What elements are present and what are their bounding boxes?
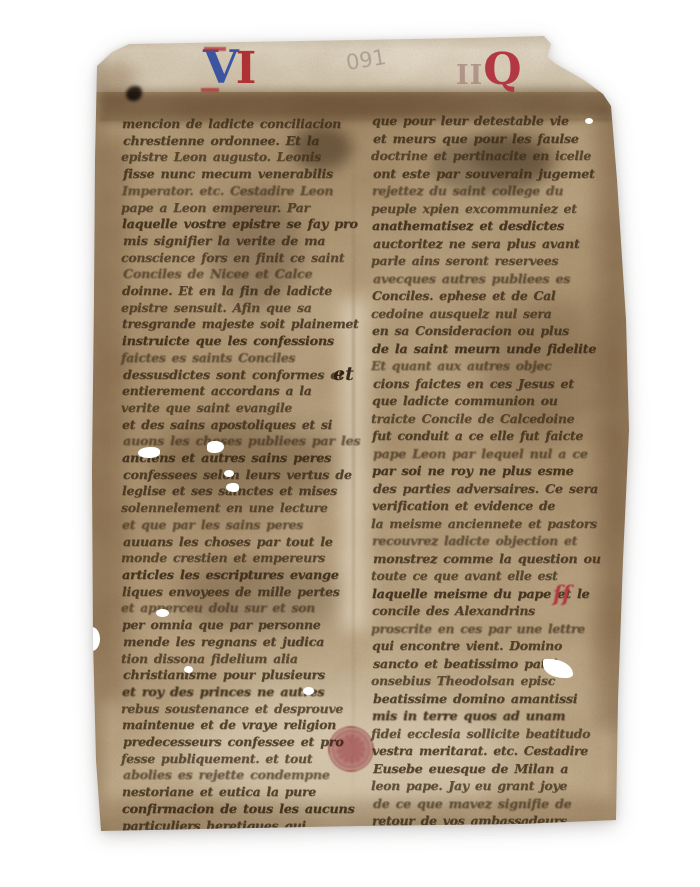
manuscript-text-line: conscience fors en finit ce saint — [121, 250, 351, 267]
red-serif-bar — [204, 47, 226, 51]
manuscript-text-line: la meisme anciennete et pastors — [371, 515, 617, 533]
manuscript-text-line: faictes es saints Conciles — [121, 350, 351, 367]
manuscript-text-line: sancto et beatissimo patri — [373, 655, 624, 673]
numeral-i: I — [236, 43, 254, 94]
parchment-hole — [184, 666, 193, 673]
manuscript-text-line: leon pape. Jay eu grant joye — [371, 777, 617, 795]
manuscript-text-line: auuans les choses par tout le — [123, 534, 358, 551]
manuscript-text-line: mis signifier la verite de ma — [123, 233, 358, 250]
manuscript-text-line: Et quant aux autres objec — [371, 357, 617, 375]
manuscript-text-line: envoiez en orient et quilz ont — [372, 830, 625, 848]
text-column-left: mencion de ladicte conciliacionchrestien… — [122, 116, 352, 834]
manuscript-text-line: fisse nunc mecum venerabilis — [123, 166, 358, 183]
manuscript-text-line: tresgrande majeste soit plainemet — [122, 316, 352, 333]
manuscript-text-line: fut conduit a ce elle fut faicte — [372, 427, 618, 445]
manuscript-text-line: des parties adversaires. Ce sera — [373, 480, 624, 498]
folio-numeral-right: IIQ — [456, 44, 521, 95]
manuscript-text-line: pape a Leon empereur. Par — [121, 200, 351, 217]
manuscript-text-line: Eusebe euesque de Milan a — [373, 760, 624, 778]
parchment-page: VI 091 IIQ mencion de ladicte conciliaci… — [0, 0, 700, 887]
manuscript-text-line: laquelle vostre epistre se fay pro — [122, 216, 359, 233]
manuscript-text-line: concile des Alexandrins — [372, 602, 618, 620]
manuscript-text-line: traicte Concile de Calcedoine — [371, 410, 617, 428]
manuscript-text-line: monstrez comme la question ou — [373, 550, 624, 568]
manuscript-leaf: VI 091 IIQ mencion de ladicte conciliaci… — [0, 0, 700, 887]
manuscript-text-line: verification et evidence de — [372, 497, 618, 515]
manuscript-text-line: vestra meritarat. etc. Cestadire — [372, 742, 618, 760]
manuscript-text-line: par soi ne roy ne plus esme — [372, 462, 625, 480]
manuscript-text-line: monde crestien et empereurs — [121, 550, 351, 567]
manuscript-text-line: doinne. Et en la fin de ladicte — [122, 283, 352, 300]
manuscript-text-line: epistre Leon augusto. Leonis — [121, 149, 351, 166]
manuscript-text-line: Imperator. etc. Cestadire Leon — [122, 183, 352, 200]
manuscript-text-line: laquelle meisme du pape et le — [372, 585, 625, 603]
library-stamp — [328, 726, 374, 772]
manuscript-text-line: auctoritez ne sera plus avant — [373, 235, 624, 253]
manuscript-text-line: et roy des princes ne autres — [122, 684, 359, 701]
manuscript-text-line: Conciles. ephese et de Cal — [372, 287, 618, 305]
manuscript-text-line: mencion de ladicte conciliacion — [122, 116, 352, 133]
manuscript-text-line: maintenue et de vraye religion — [122, 717, 352, 734]
manuscript-text-line: anathematisez et desdictes — [372, 217, 625, 235]
manuscript-text-line: confessees selon leurs vertus de — [123, 467, 358, 484]
manuscript-text-line: cedoine ausquelz nul sera — [371, 305, 617, 323]
numeral-ii: II — [456, 60, 483, 91]
manuscript-text-line: proscrite en ces par une lettre — [371, 620, 617, 638]
manuscript-text-line: mis in terre quos ad unam — [372, 707, 625, 725]
manuscript-text-line: toute ce que avant elle est — [371, 567, 617, 585]
manuscript-text-line: Conciles de Nicee et Calce — [123, 266, 358, 283]
parchment-hole — [138, 447, 160, 458]
manuscript-text-line: predecesseurs confessee et pro — [123, 734, 358, 751]
manuscript-text-line: confirmacion de tous les aucuns — [122, 801, 359, 818]
manuscript-text-line: rebus soustenance et desprouve — [121, 701, 351, 718]
manuscript-text-line: recouvrez ladicte objection et — [372, 532, 618, 550]
text-column-right: que pour leur detestable vieet meurs que… — [372, 112, 618, 847]
manuscript-text-line: christianisme pour plusieurs — [123, 667, 358, 684]
photo-background: VI 091 IIQ mencion de ladicte conciliaci… — [0, 0, 700, 887]
manuscript-text-line: nestoriane et eutica la pure — [122, 784, 352, 801]
manuscript-text-line: de la saint meurn unde fidelite — [372, 340, 625, 358]
red-serif-bar — [201, 88, 219, 92]
manuscript-text-line: verite que saint evangile — [121, 400, 351, 417]
manuscript-text-line: epistre sensuit. Afin que sa — [121, 300, 351, 317]
parchment-hole — [224, 470, 234, 477]
manuscript-text-line: peuple xpien excommuniez et — [371, 200, 617, 218]
manuscript-text-line: beatissime domino amantissi — [373, 690, 624, 708]
manuscript-text-line: instruicte que les confessions — [122, 333, 359, 350]
parchment-hole — [226, 483, 239, 492]
manuscript-text-line: liques envoyees de mille pertes — [122, 584, 352, 601]
manuscript-text-line: et meurs que pour les faulse — [373, 130, 624, 148]
manuscript-text-line: et des sains apostoliques et si — [122, 417, 352, 434]
red-rubric-mark: ſſ — [553, 581, 571, 606]
manuscript-text-line: que pour leur detestable vie — [372, 112, 618, 130]
stamp-inner-design — [336, 734, 366, 764]
parchment-hole — [303, 687, 314, 695]
manuscript-text-line: avecques autres publiees es — [373, 270, 624, 288]
parchment-hole — [585, 118, 593, 124]
manuscript-text-line: doctrine et pertinacite en icelle — [371, 147, 617, 165]
manuscript-text-line: mende les regnans et judica — [123, 634, 358, 651]
parchment-hole — [156, 609, 169, 617]
manuscript-text-line: entierement accordans a la — [122, 383, 352, 400]
manuscript-text-line: chrestienne ordonnee. Et la — [123, 133, 358, 150]
numeral-q: Q — [483, 44, 520, 95]
manuscript-text-line: de ce que mavez signifie de — [373, 795, 624, 813]
manuscript-text-line: articles les escriptures evange — [122, 567, 359, 584]
manuscript-text-line: ont este par souverain jugemet — [373, 165, 624, 183]
manuscript-text-line: fidei ecclesia sollicite beatitudo — [371, 725, 617, 743]
manuscript-text-line: cions faictes en ces Jesus et — [373, 375, 624, 393]
manuscript-text-line: solennelement en une lecture — [121, 500, 351, 517]
manuscript-text-line: per omnia que par personne — [122, 617, 352, 634]
parchment-edge-notch — [84, 627, 100, 651]
manuscript-text-line: parle ains seront reservees — [371, 252, 617, 270]
manuscript-text-line: dessusdictes sont conformes et — [123, 367, 358, 384]
manuscript-text-line: rejettez du saint college du — [372, 182, 618, 200]
manuscript-text-line: que ladicte communion ou — [372, 392, 618, 410]
manuscript-text-line: qui encontre vient. Domino — [372, 637, 618, 655]
manuscript-text-line: fesse publiquement. et tout — [121, 751, 351, 768]
manuscript-text-line: en sa Consideracion ou plus — [372, 322, 618, 340]
manuscript-text-line: pape Leon par lequel nul a ce — [373, 445, 624, 463]
gutter-annotation-mark: et — [333, 363, 354, 385]
manuscript-text-line: retour de vos ambassadeurs — [372, 812, 618, 830]
manuscript-text-line: abolies es rejette condempne — [123, 767, 358, 784]
manuscript-text-line: et apperceu dolu sur et son — [121, 600, 351, 617]
manuscript-text-line: et que par les sains peres — [122, 517, 352, 534]
manuscript-text-line: tion dissona fidelium alia — [121, 651, 351, 668]
manuscript-text-line: particuliers heretiques qui — [122, 818, 352, 835]
manuscript-text-line: onsebius Theodolsan episc — [371, 672, 617, 690]
